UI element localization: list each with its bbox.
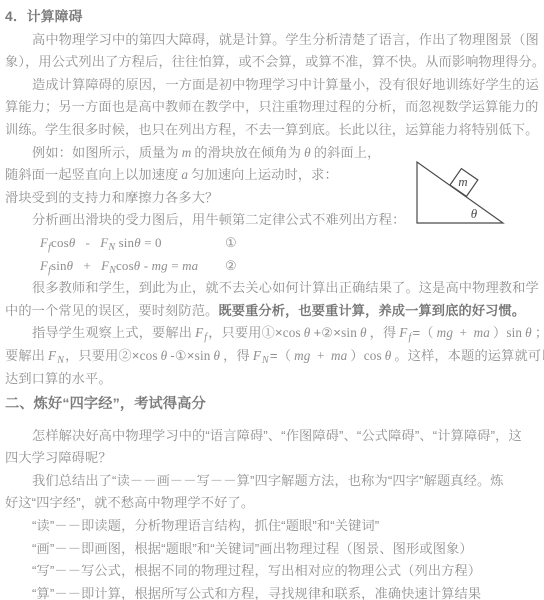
document-page: 4．计算障碍 高中物理学习中的第四大障碍，就是计算。学生分析清楚了语言，作出了物… [0,0,544,600]
equation-2-body: Ffsinθ + FNcosθ - mg = ma [40,258,198,273]
para-cause-line1: 造成计算障碍的原因，一方面是初中物理学习中计算量小，没有很好地训练好学生的运 [5,74,539,97]
para-cause-line2: 算能力；另一方面也是高中教师在教学中，只注重物理过程的分析，而忽视数学运算能力的 [5,96,539,119]
para-summary-line1: 我们总结出了“读－－画－－写－－算”四字解题方法，也称为“四字”解题真经。炼 [5,470,539,493]
para-calc-step: “算”－－即计算，根据所写公式和方程，寻找规律和联系，准确快速计算结果 [5,583,539,600]
para-write-step: “写”－－写公式，根据不同的物理过程，写出相对应的物理公式（列出方程） [5,560,539,583]
para-howto-line1: 怎样解决好高中物理学习中的“语言障碍”、“作图障碍”、“公式障碍”、“计算障碍”… [5,425,539,448]
equation-1-body: Ffcosθ - FN sinθ = 0 [40,235,162,250]
equation-1-number: ① [225,232,237,255]
mass-label: m [458,174,468,189]
angle-theta-label: θ [471,206,478,221]
para-howto-line2: 四大学习障碍呢？ [5,447,539,470]
para-guidance-line2: 要解出FN，只要用②×cosθ-①×sinθ，得FN=（mg + ma）cosθ… [5,345,539,368]
heading-four-word-method: 二、炼好“四字经”，考试得高分 [5,393,539,416]
para-cause-line3: 训练。学生很多时候，也只在列出方程，不去一算到底。长此以往，运算能力将特别低下。 [5,119,539,142]
para-intro-line2: 象），用公式列出了方程后，往往怕算，或不会算，或算不准，算不快。从而影响物理得分… [5,51,539,74]
para-read-step: “读”－－即读题，分析物理语言结构，抓住“题眼”和“关键词” [5,515,539,538]
para-intro-line1: 高中物理学习中的第四大障碍，就是计算。学生分析清楚了语言，作出了物理图景（图 [5,29,539,52]
equation-2-number: ② [225,255,237,278]
para-guidance-line1: 指导学生观察上式，要解出Ff，只要用①×cosθ+②×sinθ，得Ff=（mg … [5,322,539,345]
incline-plane-diagram: m θ [412,159,514,229]
para-summary-line2: 好这“四字经”，就不愁高中物理学不好了。 [5,492,539,515]
para-misconception-line2: 中的一个常见的误区，要时刻防范。既要重分析，也要重计算，养成一算到底的好习惯。 [5,300,539,323]
para-guidance-line3: 达到口算的水平。 [5,368,539,391]
equation-1: Ffcosθ - FN sinθ = 0 ① [5,232,539,255]
equation-2: Ffsinθ + FNcosθ - mg = ma ② [5,255,539,278]
para-draw-step: “画”－－即画图，根据“题眼”和“关键词”画出物理过程（图景、图形或图象） [5,538,539,561]
heading-calculation-obstacle: 4．计算障碍 [5,6,539,29]
para-misconception-line1: 很多教师和学生，到此为止，就不去关心如何计算出正确结果了。这是高中物理教和学 [5,277,539,300]
